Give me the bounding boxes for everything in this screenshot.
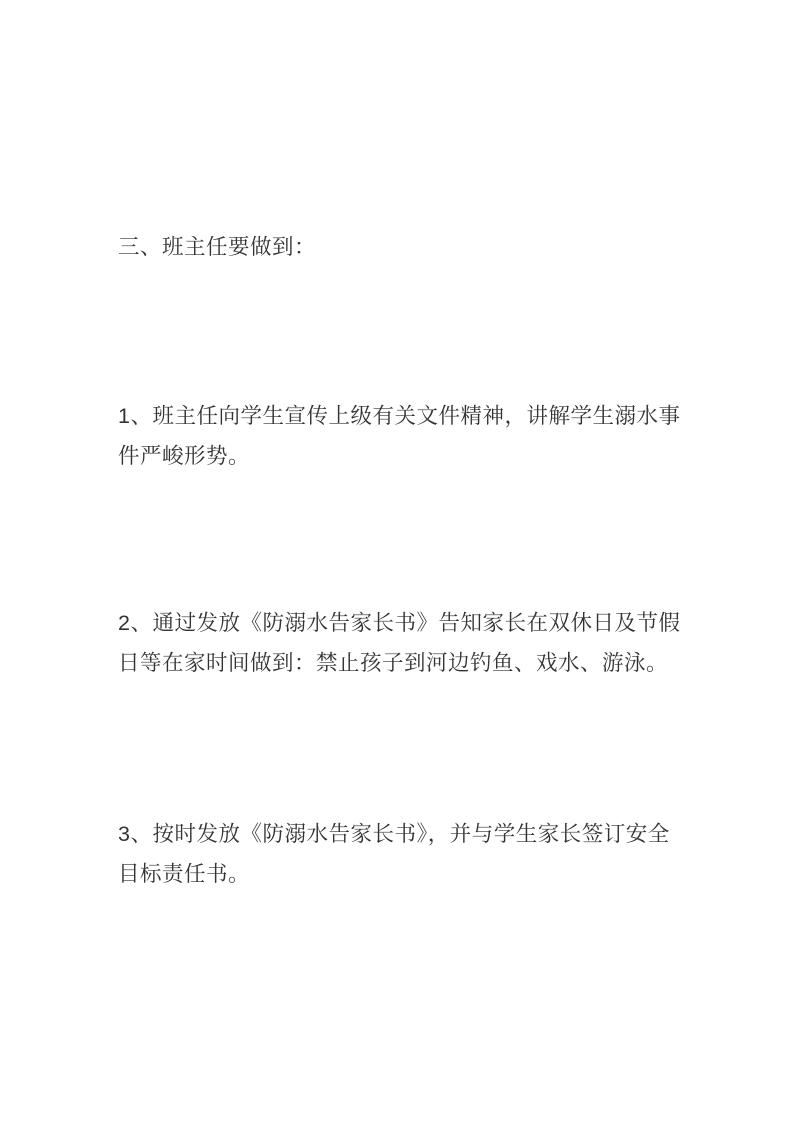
paragraph-2-line-1: 2、通过发放《防溺水告家长书》告知家长在双休日及节假	[118, 603, 698, 643]
paragraph-3-line-1: 3、按时发放《防溺水告家长书》，并与学生家长签订安全	[118, 814, 698, 854]
document-page: 三、班主任要做到： 1、班主任向学生宣传上级有关文件精神，讲解学生溺水事 件严峻…	[0, 0, 793, 1122]
section-heading: 三、班主任要做到：	[118, 227, 698, 267]
paragraph-1-line-2: 件严峻形势。	[118, 436, 698, 476]
paragraph-3: 3、按时发放《防溺水告家长书》，并与学生家长签订安全 目标责任书。	[118, 814, 698, 894]
paragraph-2-line-2: 日等在家时间做到：禁止孩子到河边钓鱼、戏水、游泳。	[118, 643, 698, 683]
paragraph-1-line-1: 1、班主任向学生宣传上级有关文件精神，讲解学生溺水事	[118, 396, 698, 436]
paragraph-3-line-2: 目标责任书。	[118, 854, 698, 894]
paragraph-1: 1、班主任向学生宣传上级有关文件精神，讲解学生溺水事 件严峻形势。	[118, 396, 698, 476]
paragraph-2: 2、通过发放《防溺水告家长书》告知家长在双休日及节假 日等在家时间做到：禁止孩子…	[118, 603, 698, 683]
